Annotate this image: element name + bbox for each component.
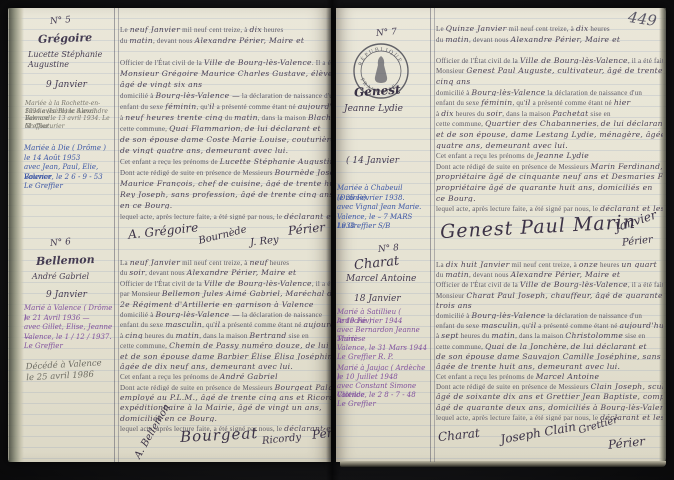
- text-line: 2e Régiment d'Artillerie en garnison à V…: [120, 298, 331, 308]
- margin-divider-rule: [430, 8, 435, 462]
- text-line: domicilié à Bourg-lès-Valence la déclara…: [436, 86, 663, 97]
- text-line: le 21 Avril 1936 —: [24, 314, 114, 324]
- text-line: [436, 43, 663, 54]
- text-line: le 14 Août 1953: [24, 154, 114, 164]
- text-line: Le Greffier: [337, 400, 429, 409]
- text-line: Maurice François, chef de cuisine, âgé d…: [120, 176, 331, 187]
- stamp-figure: [375, 56, 387, 83]
- text-line: Valence, le 2 8 - 7 - 48: [337, 391, 429, 400]
- text-line: du soir, devant nous Alexandre Périer, M…: [120, 266, 331, 276]
- text-line: Monsieur Grégoire Maurice Charles Gustav…: [120, 66, 331, 77]
- child-given-names: Jeanne Lydie: [344, 104, 428, 114]
- signature: Périer: [607, 434, 645, 452]
- page-edge-left: [8, 8, 24, 462]
- text-line: Mariée à Chabeuil (Drôme).: [337, 184, 429, 194]
- text-line: avec Jean, Paul, Elie, Bouvier: [24, 163, 114, 173]
- death-note-pencil: Décédé à Valencele 25 avril 1986: [25, 358, 114, 385]
- text-line: Monsieur Charat Paul Joseph, chauffeur, …: [436, 289, 663, 299]
- text-line: Dont acte rédigé de suite en présence de…: [436, 160, 663, 171]
- text-line: Valence, le 31 Mars 1944: [337, 344, 429, 353]
- child-surname: Grégoire: [38, 31, 93, 46]
- text-line: de son épouse dame Sauvajon Camille José…: [436, 350, 663, 360]
- text-line: Dont acte rédigé de suite en présence de…: [120, 165, 331, 176]
- text-line: âgé de quarante deux ans, domiciliés à B…: [436, 401, 663, 411]
- text-line: et de son épouse dame Barbier Élise Élis…: [120, 350, 331, 360]
- text-line: avec Gillet, Elise, Jeanne —: [24, 323, 114, 333]
- marriage-note-pencil: Mariée à la Rochette-en-Savoie (Isère) l…: [25, 100, 113, 130]
- signature: Bourgeat: [180, 424, 259, 446]
- text-line: cette commune, Quartier des Chabanneries…: [436, 117, 663, 128]
- margin-divider-rule: [114, 8, 119, 462]
- declarant-signature: Charat: [353, 254, 400, 274]
- text-line: âgée de trente huit ans, demeurant avec …: [436, 360, 663, 370]
- act-date-label: 9 Janvier: [46, 290, 87, 300]
- text-line: cinq ans: [436, 75, 663, 86]
- text-line: Mariée à la Rochette-en-Savoie (Isère) l…: [25, 100, 113, 108]
- text-line: lequel acte, après lecture faite, a été …: [436, 411, 663, 421]
- text-line: domicilié à Bourg-lès-Valence la déclara…: [436, 309, 663, 319]
- child-given-names: Marcel Antoine: [346, 274, 430, 284]
- marriage-stamp-purple: Marié à Satillieu ( Ardèche )le 19 Févri…: [337, 308, 429, 362]
- text-line: avec Vignal Jean Marie.: [337, 203, 429, 213]
- text-line: le 19 Février 1944: [337, 317, 429, 326]
- text-line: âgé de vingt six ans: [120, 77, 331, 88]
- text-line: Marié à Satillieu ( Ardèche ): [337, 308, 429, 317]
- text-line: à cinq heures du matin, dans la maison B…: [120, 329, 331, 339]
- text-line: enfant du sexe masculin, qu'il a présent…: [436, 319, 663, 329]
- text-line: propriétaire âgé de cinquante neuf ans e…: [436, 170, 663, 181]
- text-line: Officier de l'État civil de la Ville de …: [436, 278, 663, 288]
- text-line: du matin, devant nous Alexandre Périer, …: [120, 33, 331, 44]
- text-line: du matin, devant nous Alexandre Périer, …: [436, 33, 663, 44]
- text-line: le 10 Juillet 1948: [337, 373, 429, 382]
- text-line: domicilié à Bourg-lès-Valence — la décla…: [120, 308, 331, 318]
- act-number: N° 6: [50, 237, 72, 249]
- right-margin-column: N° 7 RÉPUBLIQUE FRANÇAISE Genest Jeanne …: [336, 8, 430, 462]
- left-body-column: Le neuf Janvier mil neuf cent treize, à …: [120, 8, 331, 462]
- text-line: Le Greffier S/B: [337, 222, 429, 232]
- birth-act-text: La dix huit Janvier mil neuf cent treize…: [436, 258, 663, 421]
- text-line: par Monsieur Bellemon Jules Aimé Gabriel…: [120, 287, 331, 297]
- child-given-names: André Gabriel: [32, 272, 114, 282]
- marriage-stamp-purple: Marié à Valence ( Drôme )le 21 Avril 193…: [24, 304, 114, 352]
- text-line: Le Greffier R. P.: [337, 353, 429, 362]
- text-line: Cet enfant a reçu les prénoms de Lucette…: [120, 154, 331, 165]
- text-line: Officier de l'État civil de la Ville de …: [120, 55, 331, 66]
- signature: Ricordy: [262, 432, 302, 447]
- text-line: Officier de l'État civil de la Ville de …: [436, 54, 663, 65]
- text-line: Cet enfant a reçu les prénoms de Marcel …: [436, 370, 663, 380]
- act-date-label: 9 Janvier: [46, 80, 87, 90]
- marriage-stamp-purple: Marié à Jaujac ( Ardèche )le 10 Juillet …: [337, 364, 429, 409]
- left-margin-column: N° 5 Grégoire Lucette Stéphanie Augustin…: [24, 8, 114, 462]
- text-line: Valence, le 2 6 - 9 - 53: [24, 173, 114, 183]
- text-line: employé au P.L.M., âgé de trente cinq an…: [120, 391, 331, 401]
- text-line: âgé de soixante dix ans et Grettier Jean…: [436, 390, 663, 400]
- text-line: à dix heures du soir, dans la maison Pac…: [436, 107, 663, 118]
- text-line: Thérèse: [337, 335, 429, 344]
- text-line: M. Couturier: [25, 123, 113, 131]
- text-line: Officier de l'État civil de la Ville de …: [120, 277, 331, 287]
- text-line: Cet enfant a reçu les prénoms de André G…: [120, 370, 331, 380]
- act-date-label: 18 Janvier: [354, 294, 401, 304]
- text-line: avec Constant Simone Clotilde: [337, 382, 429, 391]
- text-line: Le Greffier: [24, 182, 114, 192]
- signature: Charat: [437, 426, 480, 444]
- right-page: N° 7 RÉPUBLIQUE FRANÇAISE Genest Jeanne …: [336, 8, 666, 462]
- signature: Périer: [287, 220, 325, 238]
- right-body-column: 449 Le Quinze Janvier mil neuf cent trei…: [436, 8, 663, 462]
- text-line: Le Quinze Janvier mil neuf cent treize, …: [436, 22, 663, 33]
- marriage-stamp-blue: Mariée à Chabeuil (Drôme).le 26 Février …: [337, 184, 429, 232]
- text-line: cette commune, Quai Flammarion, de lui d…: [120, 121, 331, 132]
- text-line: avec Bernardon Jeanne Marie: [337, 326, 429, 335]
- text-line: le 26 Février 1938.: [337, 194, 429, 204]
- text-line: cette commune, Quai de la Jonchère, de l…: [436, 340, 663, 350]
- text-line: Le neuf Janvier mil neuf cent treize, à …: [120, 22, 331, 33]
- text-line: La neuf Janvier mil neuf cent treize, à …: [120, 256, 331, 266]
- text-line: et de son épouse, dame Lestang Lydie, mé…: [436, 128, 663, 139]
- signature: Périer: [622, 234, 654, 248]
- signature: J. Rey: [250, 235, 280, 249]
- act-number: N° 5: [50, 15, 72, 27]
- text-line: cette commune, Chemin de Passy numéro do…: [120, 339, 331, 349]
- act-number: N° 7: [376, 27, 398, 39]
- child-given-names: Lucette Stéphanie Augustine: [28, 50, 112, 70]
- birth-act-text: Le neuf Janvier mil neuf cent treize, à …: [120, 22, 331, 220]
- text-line: quatre ans, demeurant avec lui.: [436, 139, 663, 150]
- text-line: à neuf heures trente cinq du matin, dans…: [120, 110, 331, 121]
- text-line: enfant du sexe féminin, qu'il a présenté…: [120, 99, 331, 110]
- text-line: domicilié à Bourg-lès-Valence — la décla…: [120, 88, 331, 99]
- text-line: 1934 avec Blanc Alexandre Bernard.: [25, 108, 113, 116]
- text-line: de son épouse dame Coste Marie Louise, c…: [120, 132, 331, 143]
- signature: Genest Paul Marin: [440, 211, 637, 243]
- text-line: Dont acte rédigé de suite en présence de…: [436, 380, 663, 390]
- signature: Bournède: [197, 224, 247, 247]
- text-line: enfant du sexe masculin, qu'il a présent…: [120, 318, 331, 328]
- text-line: Le Greffier: [24, 342, 114, 352]
- text-line: La dix huit Janvier mil neuf cent treize…: [436, 258, 663, 268]
- text-line: en ce Bourg.: [120, 198, 331, 209]
- text-line: Valence, le 1 / 12 / 1937.: [24, 333, 114, 343]
- text-line: Dont acte rédigé de suite en présence de…: [120, 381, 331, 391]
- text-line: ce Bourg.: [436, 192, 663, 203]
- text-line: Cet enfant a reçu les prénoms de Jeanne …: [436, 149, 663, 160]
- text-line: Marié à Valence ( Drôme ): [24, 304, 114, 314]
- text-line: âgée de dix neuf ans, demeurant avec lui…: [120, 360, 331, 370]
- text-line: Valence, le – 7 MARS 1938: [337, 213, 429, 223]
- child-surname: Bellemon: [36, 253, 95, 268]
- text-line: Valence le 13 avril 1934. Le Greffier: [25, 115, 113, 123]
- signature: Joseph Clain: [499, 419, 577, 446]
- text-line: Monsieur Genest Paul Auguste, cultivateu…: [436, 64, 663, 75]
- text-line: du matin, devant nous Alexandre Périer, …: [436, 268, 663, 278]
- text-line: [120, 44, 331, 55]
- text-line: à sept heures du matin, dans la maison C…: [436, 329, 663, 339]
- text-line: expéditionnaire à la Mairie, âgé de ving…: [120, 401, 331, 411]
- text-line: lequel acte, après lecture faite, a été …: [120, 209, 331, 220]
- text-line: Rey Joseph, sans profession, âgé de tren…: [120, 187, 331, 198]
- text-line: propriétaire âgé de quarante huit ans, d…: [436, 181, 663, 192]
- register-scan: N° 5 Grégoire Lucette Stéphanie Augustin…: [0, 0, 674, 480]
- text-line: Mariée à Die ( Drôme ): [24, 144, 114, 154]
- text-line: enfant du sexe féminin, qu'il a présenté…: [436, 96, 663, 107]
- signature: A. Grégoire: [127, 220, 198, 241]
- text-line: trois ans: [436, 299, 663, 309]
- act-date-label: ( 14 Janvier: [346, 156, 399, 166]
- text-line: de vingt quatre ans, demeurant avec lui.: [120, 143, 331, 154]
- left-page: N° 5 Grégoire Lucette Stéphanie Augustin…: [8, 8, 331, 462]
- birth-act-text: La neuf Janvier mil neuf cent treize, à …: [120, 256, 331, 433]
- marriage-stamp-blue: Mariée à Die ( Drôme )le 14 Août 1953ave…: [24, 144, 114, 192]
- birth-act-text: Le Quinze Janvier mil neuf cent treize, …: [436, 22, 663, 213]
- text-line: Marié à Jaujac ( Ardèche ): [337, 364, 429, 373]
